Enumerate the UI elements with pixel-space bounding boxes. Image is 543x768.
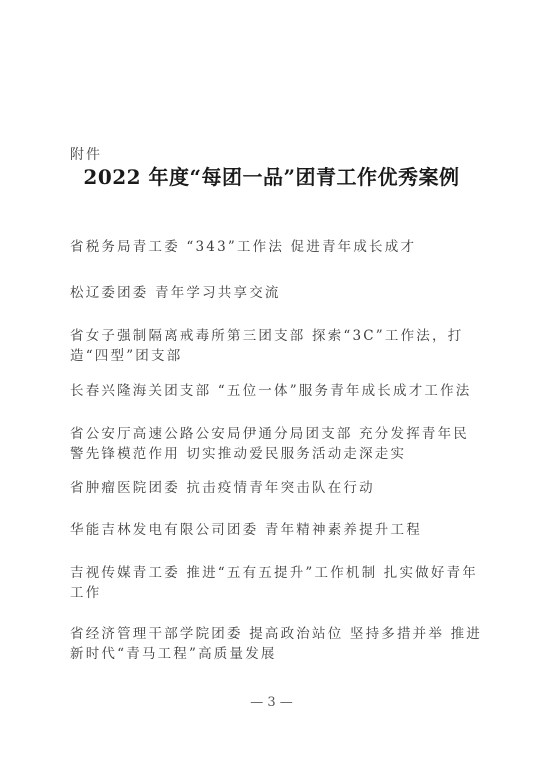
case-item: 省公安厅高速公路公安局伊通分局团支部 充分发挥青年民警先锋模范作用 切实推动爱民…: [70, 424, 482, 464]
case-item: 省肿瘤医院团委 抗击疫情青年突击队在行动: [70, 478, 482, 498]
document-title: 2022 年度“每团一品”团青工作优秀案例: [0, 161, 543, 190]
case-item: 省税务局青工委 “343”工作法 促进青年成长成才: [70, 237, 482, 257]
case-item: 省经济管理干部学院团委 提高政治站位 坚持多措并举 推进新时代“青马工程”高质量…: [70, 624, 482, 664]
case-item: 省女子强制隔离戒毒所第三团支部 探索“3C”工作法，打造“四型”团支部: [70, 326, 482, 366]
case-item: 长春兴隆海关团支部 “五位一体”服务青年成长成才工作法: [70, 381, 482, 401]
case-item: 松辽委团委 青年学习共享交流: [70, 283, 482, 303]
page-number: — 3 —: [0, 695, 543, 710]
case-item: 华能吉林发电有限公司团委 青年精神素养提升工程: [70, 520, 482, 540]
case-item: 吉视传媒青工委 推进“五有五提升”工作机制 扎实做好青年工作: [70, 563, 482, 603]
